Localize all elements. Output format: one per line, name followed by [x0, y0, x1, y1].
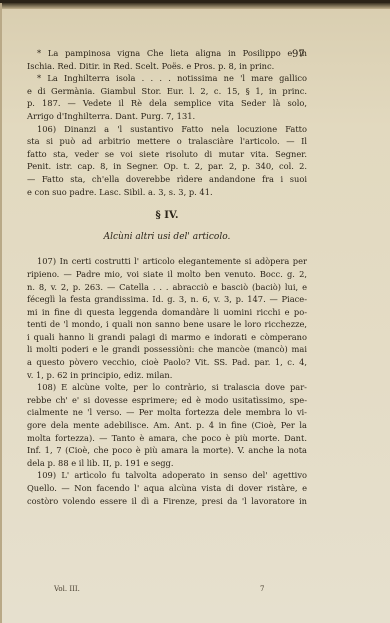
paragraphs-top: * La pampinosa vigna Che lieta aligna in… — [27, 47, 307, 198]
footer-signature: 7 — [260, 585, 264, 593]
page-footer: Vol. III. 7 — [54, 585, 274, 593]
text-line: e con suo padre. Lasc. Sibil. a. 3, s. 3… — [27, 186, 307, 199]
page-top-shadow — [2, 3, 390, 9]
text-line: Penit. istr. cap. 8, in Segner. Op. t. 2… — [27, 160, 307, 173]
text-line: e di Germània. Giambul Stor. Eur. l. 2, … — [27, 85, 307, 98]
paragraphs-bottom: 107) In certi costrutti l' articolo eleg… — [27, 255, 307, 507]
text-line: Arrigo d'Inghilterra. Dant. Purg. 7, 131… — [27, 110, 307, 123]
section-subtitle: Alcùni altri usi del' articolo. — [27, 231, 307, 244]
text-line: costòro volendo essere il dì a Firenze, … — [27, 495, 307, 508]
text-line: féceglì la festa grandissima. Id. g. 3, … — [27, 293, 307, 306]
text-line: 106) Dinanzi a 'l sustantivo Fatto nela … — [27, 123, 307, 136]
text-line: Quello. — Non facendo l' aqua alcùna vis… — [27, 482, 307, 495]
text-line: gore dela mente adebilisce. Am. Ant. p. … — [27, 419, 307, 432]
text-line: li molti poderi e le grandi possessiòni:… — [27, 343, 307, 356]
text-line: dela p. 88 e il lib. II, p. 191 e segg. — [27, 457, 307, 470]
text-line: 109) L' artìcolo fu talvolta adoperato i… — [27, 469, 307, 482]
footer-volume: Vol. III. — [54, 585, 80, 593]
text-line: n. 8, v. 2, p. 263. — Catella . . . abra… — [27, 281, 307, 294]
text-line: rebbe ch' e' si dovesse esprimere; ed è … — [27, 394, 307, 407]
text-line: Inf. 1, 7 (Cioè, che poco è più amara la… — [27, 444, 307, 457]
text-line: * La pampinosa vigna Che lieta aligna in… — [27, 47, 307, 60]
text-line: fatto sta, veder se voi siete risoluto d… — [27, 148, 307, 161]
text-line: tenti de 'l mondo, i quali non sanno ben… — [27, 318, 307, 331]
text-line: mi in fine di questa leggenda domandàre … — [27, 306, 307, 319]
text-line: 108) E alcùne volte, per lo contràrio, s… — [27, 381, 307, 394]
text-line: 107) In certi costrutti l' articolo eleg… — [27, 255, 307, 268]
book-page: 97 * La pampinosa vigna Che lieta aligna… — [0, 3, 390, 623]
text-line: p. 187. — Vedete il Rè dela semplice vit… — [27, 97, 307, 110]
text-line: Ischia. Red. Ditir. in Red. Scelt. Poës.… — [27, 60, 307, 73]
page-body: * La pampinosa vigna Che lieta aligna in… — [27, 47, 307, 507]
text-line: molta fortezza). — Tanto è amara, che po… — [27, 432, 307, 445]
text-line: cialmente ne 'l verso. — Per molta forte… — [27, 406, 307, 419]
text-line: v. 1, p. 62 in principio, ediz. milan. — [27, 369, 307, 382]
text-line: a questo pòvero vecchio, cioè Paolo? Vit… — [27, 356, 307, 369]
text-line: i quali hanno li grandi palagi di marmo … — [27, 331, 307, 344]
text-line: ripieno. — Padre mio, voi siate il molto… — [27, 268, 307, 281]
text-line: — Fatto sta, ch'ella doverebbe rìdere an… — [27, 173, 307, 186]
text-line: * La Inghilterra isola . . . . notissima… — [27, 72, 307, 85]
section-heading: § IV. — [27, 210, 307, 223]
text-line: sta si può ad arbitrio mettere o tralasc… — [27, 135, 307, 148]
